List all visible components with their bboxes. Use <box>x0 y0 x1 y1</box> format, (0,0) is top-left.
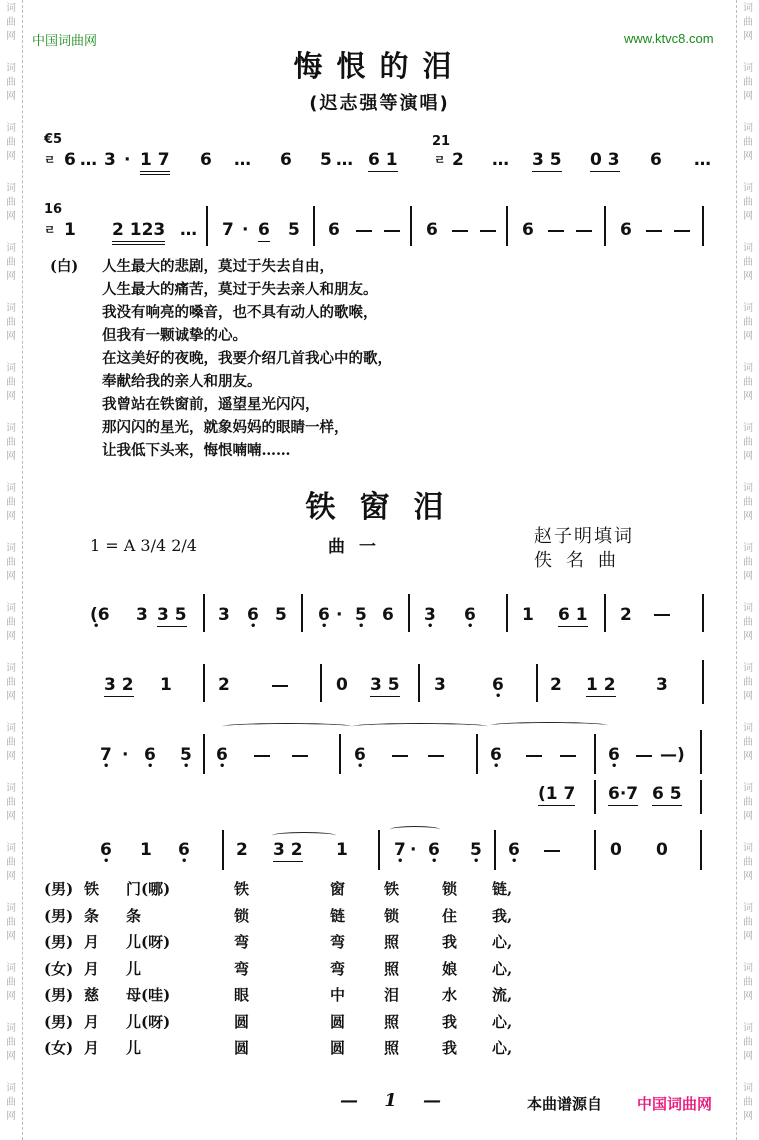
watermark-group: 词曲网 <box>737 722 759 764</box>
slur-arc <box>390 826 440 833</box>
note: … <box>80 150 97 170</box>
bar-line <box>700 830 702 870</box>
extend-dash <box>292 755 308 757</box>
bar-line <box>320 664 322 702</box>
note: 5 <box>470 840 482 860</box>
note-group: 3 5 <box>370 675 400 697</box>
lyric-word: 照 <box>384 1011 399 1032</box>
bar-line <box>594 734 596 774</box>
bar-line <box>222 830 224 870</box>
singer-label: (男) <box>44 905 73 926</box>
lyric-word: 月 <box>84 958 99 979</box>
watermark-group: 词曲网 <box>737 842 759 884</box>
song1-subtitle: (迟志强等演唱) <box>0 89 759 115</box>
bar-line <box>506 594 508 632</box>
extend-dash <box>392 755 408 757</box>
recitation-line: 我没有响亮的嗓音，也不具有动人的歌喉， <box>102 301 392 324</box>
lyric-word: 照 <box>384 931 399 952</box>
lyric-word: 心, <box>492 958 512 979</box>
singer-label: (男) <box>44 931 73 952</box>
note: —) <box>660 745 685 765</box>
grace-note-top: 21 <box>432 132 450 152</box>
note: 1 <box>140 840 152 860</box>
lyric-word: 月 <box>84 931 99 952</box>
lyric-word: 母(哇) <box>126 984 170 1005</box>
note: 5 <box>355 605 367 625</box>
lyric-row: (女)月儿圆圆照我心, <box>44 1037 544 1061</box>
lyric-row: (男)条条锁链锁住我, <box>44 905 544 929</box>
note-group: 3 5 <box>157 605 187 627</box>
note: 3 <box>656 675 668 695</box>
note: 3 <box>424 605 436 625</box>
lyric-word: 儿 <box>126 958 141 979</box>
note: 6 <box>508 840 520 860</box>
note-group: 1 2 <box>586 675 616 697</box>
watermark-group: 词曲网 <box>0 1082 22 1124</box>
lyric-row: (男)月儿(呀)弯弯照我心, <box>44 931 544 955</box>
note: 6 <box>490 745 502 765</box>
lyric-word: 我 <box>442 1011 457 1032</box>
lyric-word: 条 <box>126 905 141 926</box>
bar-line <box>702 660 704 704</box>
extend-dash <box>636 755 652 757</box>
note: 5 <box>320 150 332 170</box>
watermark-group: 词曲网 <box>0 962 22 1004</box>
watermark-group: 词曲网 <box>0 2 22 44</box>
tie-arc <box>490 722 608 729</box>
note: 1 <box>160 675 172 695</box>
note: … <box>180 220 197 240</box>
note: … <box>492 150 509 170</box>
recitation-line: 让我低下头来，悔恨喃喃…… <box>102 439 392 462</box>
note: 6 <box>492 675 504 695</box>
extend-dash <box>526 755 542 757</box>
note: · <box>336 605 342 625</box>
bar-line <box>206 206 208 246</box>
tie-arc <box>352 723 488 730</box>
extend-dash <box>356 230 372 232</box>
lyric-row: (男)铁门(哪)铁窗铁锁链, <box>44 878 544 902</box>
note: 1 <box>522 605 534 625</box>
extend-dash <box>654 614 670 616</box>
note: 3 <box>104 150 116 170</box>
composer-credit: 佚名曲 <box>534 546 630 572</box>
watermark-group: 词曲网 <box>0 242 22 284</box>
bar-line <box>494 830 496 870</box>
watermark-group: 词曲网 <box>0 782 22 824</box>
note: 6 <box>280 150 292 170</box>
watermark-group: 词曲网 <box>0 362 22 404</box>
watermark-group: 词曲网 <box>737 662 759 704</box>
bar-line <box>702 206 704 246</box>
lyric-word: 链 <box>330 905 345 926</box>
lyric-word: 我, <box>492 905 512 926</box>
page-number: — 1 — <box>340 1090 451 1111</box>
watermark-group: 词曲网 <box>0 422 22 464</box>
watermark-group: 词曲网 <box>737 542 759 584</box>
bar-line <box>700 780 702 814</box>
singer-label: (男) <box>44 1011 73 1032</box>
note: 5 <box>288 220 300 240</box>
note: 6 <box>464 605 476 625</box>
note: 6 <box>258 220 270 242</box>
note: 6 <box>328 220 340 240</box>
note-group: 3 5 <box>532 150 562 172</box>
lyric-word: 娘 <box>442 958 457 979</box>
bar-line <box>604 594 606 632</box>
note: 7 <box>100 745 112 765</box>
lyric-word: 圆 <box>234 1011 249 1032</box>
bar-line <box>203 664 205 702</box>
bar-line <box>476 734 478 774</box>
note: 2 <box>620 605 632 625</box>
note: 6 <box>382 605 394 625</box>
breath-mark: ㄹ <box>434 150 446 170</box>
extend-dash <box>646 230 662 232</box>
lyric-word: 弯 <box>330 958 345 979</box>
note: 6 <box>428 840 440 860</box>
note-group: 6 1 <box>368 150 398 172</box>
bar-line <box>378 830 380 870</box>
extend-dash <box>254 755 270 757</box>
note: 2 <box>218 675 230 695</box>
lyric-word: 锁 <box>234 905 249 926</box>
lyric-word: 圆 <box>330 1037 345 1058</box>
lyric-word: 照 <box>384 958 399 979</box>
note: 6 <box>620 220 632 240</box>
recitation-block: 人生最大的悲剧，莫过于失去自由， 人生最大的痛苦，莫过于失去亲人和朋友。 我没有… <box>102 255 392 462</box>
breath-mark: ㄹ <box>44 220 56 240</box>
note: 5 <box>275 605 287 625</box>
lyric-word: 照 <box>384 1037 399 1058</box>
note: 1 <box>336 840 348 860</box>
note: · <box>122 745 128 765</box>
lyric-word: 心, <box>492 931 512 952</box>
lyric-word: 圆 <box>234 1037 249 1058</box>
recitation-line: 那闪闪的星光，就象妈妈的眼睛一样， <box>102 416 392 439</box>
bar-line <box>313 206 315 246</box>
lyric-word: 儿(呀) <box>126 931 170 952</box>
song2-title: 铁窗泪 <box>0 482 759 526</box>
lyric-row: (女)月儿弯弯照娘心, <box>44 958 544 982</box>
lyric-word: 中 <box>330 984 345 1005</box>
slur-arc <box>272 832 336 839</box>
lyric-word: 眼 <box>234 984 249 1005</box>
note: 1 <box>64 220 76 240</box>
bar-line <box>506 206 508 246</box>
extend-dash <box>544 850 560 852</box>
note: 0 <box>336 675 348 695</box>
lyric-word: 圆 <box>330 1011 345 1032</box>
extend-dash <box>674 230 690 232</box>
bar-line <box>418 664 420 702</box>
note: 6 <box>608 745 620 765</box>
lyric-word: 铁 <box>384 878 399 899</box>
watermark-group: 词曲网 <box>0 122 22 164</box>
recitation-line: 在这美好的夜晚，我要介绍几首我心中的歌， <box>102 347 392 370</box>
note: 6 <box>178 840 190 860</box>
note: 6 <box>64 150 76 170</box>
watermark-group: 词曲网 <box>737 2 759 44</box>
note: · <box>124 150 130 170</box>
note-group: 3 2 <box>273 840 303 862</box>
bar-line <box>594 830 596 870</box>
note: 3 <box>434 675 446 695</box>
singer-label: (女) <box>44 958 73 979</box>
bar-line <box>700 730 702 774</box>
lyric-word: 流, <box>492 984 512 1005</box>
note-group: 6 1 <box>558 605 588 627</box>
breath-mark: ㄹ <box>44 150 56 170</box>
source-site-link[interactable]: 中国词曲网 <box>637 1093 712 1114</box>
note: 6 <box>216 745 228 765</box>
bar-line <box>203 734 205 774</box>
bar-line <box>339 734 341 774</box>
note-group: (1 7 <box>538 784 575 806</box>
extend-dash <box>452 230 468 232</box>
right-watermark-strip: 词曲网词曲网词曲网词曲网词曲网词曲网词曲网词曲网词曲网词曲网词曲网词曲网词曲网词… <box>736 0 759 1140</box>
recitation-line: 我曾站在铁窗前，遥望星光闪闪， <box>102 393 392 416</box>
watermark-group: 词曲网 <box>0 182 22 224</box>
note: 3 <box>218 605 230 625</box>
note: 0 <box>610 840 622 860</box>
key-signature: 1 = A 3/4 2/4 <box>90 536 197 555</box>
recitation-line: 人生最大的痛苦，莫过于失去亲人和朋友。 <box>102 278 392 301</box>
extend-dash <box>548 230 564 232</box>
note-group: 3 2 <box>104 675 134 697</box>
lyric-word: 儿(呀) <box>126 1011 170 1032</box>
note: (6 <box>90 605 110 625</box>
note: 7 <box>394 840 406 860</box>
note-group: 0 3 <box>590 150 620 172</box>
recitation-line: 奉献给我的亲人和朋友。 <box>102 370 392 393</box>
extend-dash <box>560 755 576 757</box>
note: 6 <box>318 605 330 625</box>
extend-dash <box>576 230 592 232</box>
watermark-group: 词曲网 <box>737 422 759 464</box>
note: 7 <box>222 220 234 240</box>
recitation-line: 但我有一颗诚挚的心。 <box>102 324 392 347</box>
bar-line <box>594 780 596 814</box>
watermark-group: 词曲网 <box>0 602 22 644</box>
lyric-word: 慈 <box>84 984 99 1005</box>
lyric-word: 心, <box>492 1011 512 1032</box>
note: 6 <box>200 150 212 170</box>
bar-line <box>203 594 205 632</box>
lyric-word: 月 <box>84 1011 99 1032</box>
lyric-word: 心, <box>492 1037 512 1058</box>
note: 2 <box>236 840 248 860</box>
lyric-row: (男)月儿(呀)圆圆照我心, <box>44 1011 544 1035</box>
watermark-group: 词曲网 <box>0 842 22 884</box>
note: 3 <box>136 605 148 625</box>
note: 6 <box>426 220 438 240</box>
bar-line <box>536 664 538 702</box>
watermark-group: 词曲网 <box>737 782 759 824</box>
bar-line <box>604 206 606 246</box>
singer-label: (女) <box>44 1037 73 1058</box>
watermark-group: 词曲网 <box>0 722 22 764</box>
note: 6 <box>650 150 662 170</box>
lyric-word: 我 <box>442 1037 457 1058</box>
watermark-group: 词曲网 <box>0 302 22 344</box>
note: 6 <box>100 840 112 860</box>
note: 6 <box>247 605 259 625</box>
watermark-group: 词曲网 <box>737 1082 759 1124</box>
note-group: 1 7 <box>140 150 170 175</box>
note: … <box>336 150 353 170</box>
note: 5 <box>180 745 192 765</box>
note: … <box>234 150 251 170</box>
lyric-word: 锁 <box>384 905 399 926</box>
lyric-word: 月 <box>84 1037 99 1058</box>
lyric-word: 门(哪) <box>126 878 170 899</box>
watermark-group: 词曲网 <box>737 242 759 284</box>
singer-label: (男) <box>44 984 73 1005</box>
note-group: 6 5 <box>652 784 682 806</box>
watermark-group: 词曲网 <box>737 602 759 644</box>
note: 2 <box>550 675 562 695</box>
section-label: 曲一 <box>328 532 390 557</box>
recitation-line: 人生最大的悲剧，莫过于失去自由， <box>102 255 392 278</box>
watermark-group: 词曲网 <box>0 542 22 584</box>
lyric-word: 弯 <box>234 931 249 952</box>
bar-line <box>410 206 412 246</box>
lyric-word: 锁 <box>442 878 457 899</box>
watermark-group: 词曲网 <box>0 902 22 944</box>
lyric-word: 铁 <box>84 878 99 899</box>
lyric-word: 水 <box>442 984 457 1005</box>
note: 6 <box>354 745 366 765</box>
lyric-word: 泪 <box>384 984 399 1005</box>
extend-dash <box>272 685 288 687</box>
lyric-word: 我 <box>442 931 457 952</box>
watermark-group: 词曲网 <box>737 122 759 164</box>
note-group: 6·7 <box>608 784 638 806</box>
lyric-word: 弯 <box>330 931 345 952</box>
lyric-word: 铁 <box>234 878 249 899</box>
extend-dash <box>480 230 496 232</box>
bar-line <box>408 594 410 632</box>
note-group: 2 123 <box>112 220 165 245</box>
extend-dash <box>428 755 444 757</box>
recitation-label: (白) <box>50 255 78 278</box>
grace-note-top: €5 <box>44 130 62 150</box>
note: 0 <box>656 840 668 860</box>
source-label: 本曲谱源自 <box>527 1093 602 1114</box>
lyric-word: 弯 <box>234 958 249 979</box>
singer-label: (男) <box>44 878 73 899</box>
watermark-group: 词曲网 <box>737 1022 759 1064</box>
lyricist-credit: 赵子明填词 <box>534 522 634 548</box>
watermark-group: 词曲网 <box>737 362 759 404</box>
watermark-group: 词曲网 <box>737 962 759 1004</box>
watermark-group: 词曲网 <box>0 1022 22 1064</box>
lyric-word: 住 <box>442 905 457 926</box>
note: 6 <box>522 220 534 240</box>
song1-title: 悔恨的泪 <box>0 44 759 85</box>
note: · <box>410 840 416 860</box>
grace-note: 16 <box>44 200 62 220</box>
lyric-word: 儿 <box>126 1037 141 1058</box>
note: 2 <box>452 150 464 170</box>
lyric-row: (男)慈母(哇)眼中泪水流, <box>44 984 544 1008</box>
bar-line <box>702 594 704 632</box>
watermark-group: 词曲网 <box>737 302 759 344</box>
note: · <box>242 220 248 240</box>
lyric-word: 窗 <box>330 878 345 899</box>
lyric-word: 条 <box>84 905 99 926</box>
watermark-group: 词曲网 <box>0 662 22 704</box>
note: … <box>694 150 711 170</box>
bar-line <box>301 594 303 632</box>
note: 6 <box>144 745 156 765</box>
extend-dash <box>384 230 400 232</box>
lyric-word: 链, <box>492 878 512 899</box>
watermark-group: 词曲网 <box>737 902 759 944</box>
watermark-group: 词曲网 <box>737 182 759 224</box>
tie-arc <box>222 723 352 730</box>
left-watermark-strip: 词曲网词曲网词曲网词曲网词曲网词曲网词曲网词曲网词曲网词曲网词曲网词曲网词曲网词… <box>0 0 23 1140</box>
